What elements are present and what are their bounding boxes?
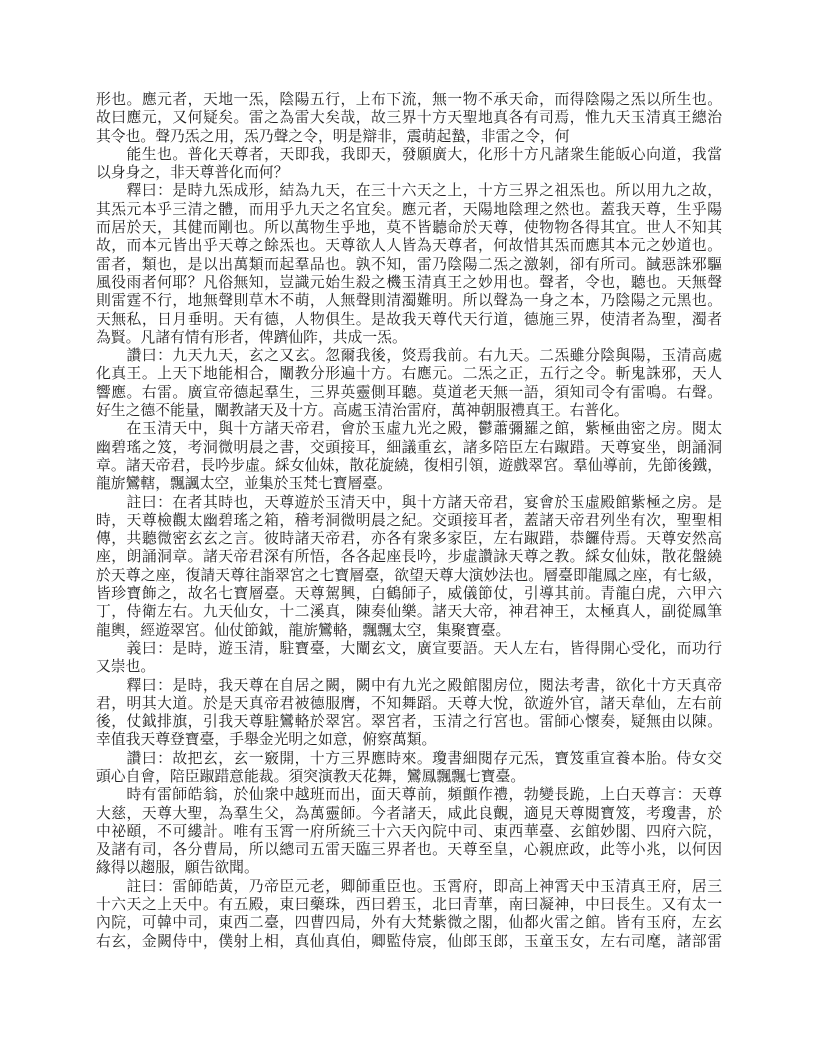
text-line: 傳，共聽微密玄玄之言。彼時諸天帝君，亦各有衆多家臣，左右踧踖，恭饠侍焉。天尊安然… bbox=[96, 530, 722, 548]
text-line: 能生也。普化天尊者，天即我，我即天，發願廣大，化形十方凡諸衆生能皈心向道，我當 bbox=[96, 146, 722, 164]
text-line: 釋曰：是時九炁成形，結為九天，在三十六天之上，十方三界之祖炁也。所以用九之故， bbox=[96, 182, 722, 200]
text-line: 丁，侍衛左右。九天仙女，十二溪真，陳奏仙樂。諸天大帝，神君神王，太極真人，副從鳳… bbox=[96, 603, 722, 621]
text-line: 及諸有司，各分曹局，所以總司五雷天臨三界者也。天尊至皇，心親庶政，此等小兆，以何… bbox=[96, 841, 722, 859]
text-line: 為賢。凡諸有情有形者，俾躋仙阼，共成一炁。 bbox=[96, 329, 722, 347]
text-line: 讚曰：故把玄，玄一竅開，十方三界應時來。瓊書細閱存元炁，寶笈重宣養本胎。侍女交 bbox=[96, 750, 722, 768]
text-line: 右玄，金闕侍中，僕射上相，真仙真伯，卿監侍宸，仙郎玉郎，玉童玉女，左右司麾，諸部… bbox=[96, 933, 722, 951]
text-line: 義曰：是時，遊玉清，駐寶臺，大闡玄文，廣宣要語。天人左右，皆得開心受化，而功行 bbox=[96, 640, 722, 658]
text-line: 時，天尊檢觀太幽碧瑤之箱，稽考洞微明晨之紀。交頭接耳者，蓋諸天帝君列坐有次，聖聖… bbox=[96, 512, 722, 530]
text-line: 皆珍寶飾之，故名七寶層臺。天尊駕興，白鶴師子，威儀節仗，引導其前。青龍白虎，六甲… bbox=[96, 585, 722, 603]
text-line: 中祕頤，不可縷計。唯有玉霄一府所統三十六天內院中司、東西華臺、玄館妙閣、四府六院… bbox=[96, 823, 722, 841]
text-line: 讚曰：九天九天，玄之又玄。忽爾我後，焂焉我前。右九天。二炁雖分陰與陽，玉清高處 bbox=[96, 347, 722, 365]
text-line: 君，明其大道。於是天真帝君被德服膺，不知舞蹈。天尊大悅，欲遊外官，諸天韋仙，左右… bbox=[96, 695, 722, 713]
text-line: 龍輿，經遊翠宮。仙仗節鉞，龍旂鸞輅，飄飄太空，集聚寶臺。 bbox=[96, 622, 722, 640]
text-line: 又崇也。 bbox=[96, 658, 722, 676]
text-line: 章。諸天帝君，長吟步虛。綵女仙妹，散花旋繞，復相引領，遊戲翠宮。羣仙導前，先節後… bbox=[96, 457, 722, 475]
text-line: 其炁元本乎三清之體，而用乎九天之名宜矣。應元者，天陽地陰理之然也。蓋我天尊，生乎… bbox=[96, 201, 722, 219]
text-line: 大慈，天尊大聖，為羣生父，為萬靈師。今者諸天，咸此良覿，適見天尊閱寶笈，考瓊書，… bbox=[96, 805, 722, 823]
text-line: 註曰：在者其時也，天尊遊於玉清天中，與十方諸天帝君，宴會於玉虛殿館紫極之房。是 bbox=[96, 494, 722, 512]
text-line: 以身身之，非天尊普化而何？ bbox=[96, 164, 722, 182]
text-line: 在玉清天中，與十方諸天帝君，會於玉虛九光之殿，鬱蕭彌羅之館，紫極曲密之房。閱太 bbox=[96, 420, 722, 438]
text-line: 幽碧瑤之笈，考洞微明晨之書，交頭接耳，細議重玄，諸多陪臣左右踧踖。天尊宴坐，朗誦… bbox=[96, 439, 722, 457]
text-line: 而居於天，其健而剛也。所以萬物生乎地，莫不皆聽命於天尊，使物物各得其宜。世人不知… bbox=[96, 219, 722, 237]
text-line: 釋曰：是時，我天尊在自居之闕，闕中有九光之殿館閣房位，閱法考書，欲化十方天真帝 bbox=[96, 677, 722, 695]
text-line: 於天尊之座，復請天尊往詣翠宮之七寶層臺，欲望天尊大演妙法也。層臺即龍鳳之座，有七… bbox=[96, 567, 722, 585]
text-line: 響應。右雷。廣宣帝德起羣生，三界英靈側耳聽。莫道老天無一語，須知司令有雷鳴。右聲… bbox=[96, 384, 722, 402]
text-line: 好生之德不能量，闡教諸天及十方。高處玉清治雷府，萬神朝服禮真王。右普化。 bbox=[96, 402, 722, 420]
text-line: 頭心自會，陪臣踧踖意能裁。須突演教天花舞，鸞鳳飄飄七寶臺。 bbox=[96, 768, 722, 786]
document-body: 形也。應元者，天地一炁，陰陽五行，上布下流，無一物不承天命，而得陰陽之炁以所生也… bbox=[96, 91, 722, 951]
text-line: 形也。應元者，天地一炁，陰陽五行，上布下流，無一物不承天命，而得陰陽之炁以所生也… bbox=[96, 91, 722, 109]
text-line: 則雷霆不行，地無聲則草木不萌，人無聲則清濁難明。所以聲為一身之本，乃陰陽之元黑也… bbox=[96, 292, 722, 310]
text-line: 龍旂鸞轄，飄諷太空，並集於玉梵七寶層臺。 bbox=[96, 475, 722, 493]
text-line: 其令也。聲乃炁之用，炁乃聲之令，明是辯非，震萌起蟄，非雷之令，何 bbox=[96, 128, 722, 146]
text-line: 雷者，類也，是以出萬類而起羣品也。孰不知，雷乃陰陽二炁之激剝，卻有所司。馘惡誅邪… bbox=[96, 256, 722, 274]
text-line: 內院，可韓中司，東西二臺，四曹四局，外有大梵紫微之閣，仙都火雷之館。皆有玉府，左… bbox=[96, 914, 722, 932]
text-line: 時有雷師皓翁，於仙衆中越班而出，面天尊前，頻顫作禮，勃變長跪，上白天尊言：天尊 bbox=[96, 786, 722, 804]
text-line: 化真王。上天下地能相合，闡教分形遍十方。右應元。二炁之正，五行之令。斬鬼誅邪，天… bbox=[96, 365, 722, 383]
text-line: 天無私，日月垂明。天有德，人物俱生。是故我天尊代天行道，德施三界，使清者為聖，濁… bbox=[96, 311, 722, 329]
text-line: 故曰應元，又何疑矣。雷之為雷大矣哉，故三界十方天聖地真各有司焉，惟九天玉清真王總… bbox=[96, 109, 722, 127]
text-line: 註曰：雷師皓黃，乃帝臣元老，卿師重臣也。玉霄府，即高上神霄天中玉清真王府，居三 bbox=[96, 878, 722, 896]
text-line: 緣得以趨服，願告欲聞。 bbox=[96, 859, 722, 877]
text-line: 十六天之上天中。有五殿，東曰藥珠，西曰碧玉，北曰青華，南曰凝神，中曰長生。又有太… bbox=[96, 896, 722, 914]
text-line: 後，仗鉞排旗，引我天尊駐鸞輅於翠宮。翠宮者，玉清之行宮也。雷師心懷奏，疑無由以陳… bbox=[96, 713, 722, 731]
text-line: 座，朗誦洞章。諸天帝君深有所悟，各各起座長吟，步虛讚詠天尊之教。綵女仙妹，散花盤… bbox=[96, 548, 722, 566]
text-line: 風役雨者何耶？凡俗無知，豈識元始生殺之機玉清真王之妙用也。聲者，令也，聽也。天無… bbox=[96, 274, 722, 292]
text-line: 幸值我天尊登寶臺，手舉金光明之如意，俯察萬類。 bbox=[96, 731, 722, 749]
text-line: 故，而本元皆出乎天尊之餘炁也。天尊欲人人皆為天尊者，何故惜其炁而應其本元之妙道也… bbox=[96, 237, 722, 255]
document-page: 形也。應元者，天地一炁，陰陽五行，上布下流，無一物不承天命，而得陰陽之炁以所生也… bbox=[0, 0, 816, 1056]
